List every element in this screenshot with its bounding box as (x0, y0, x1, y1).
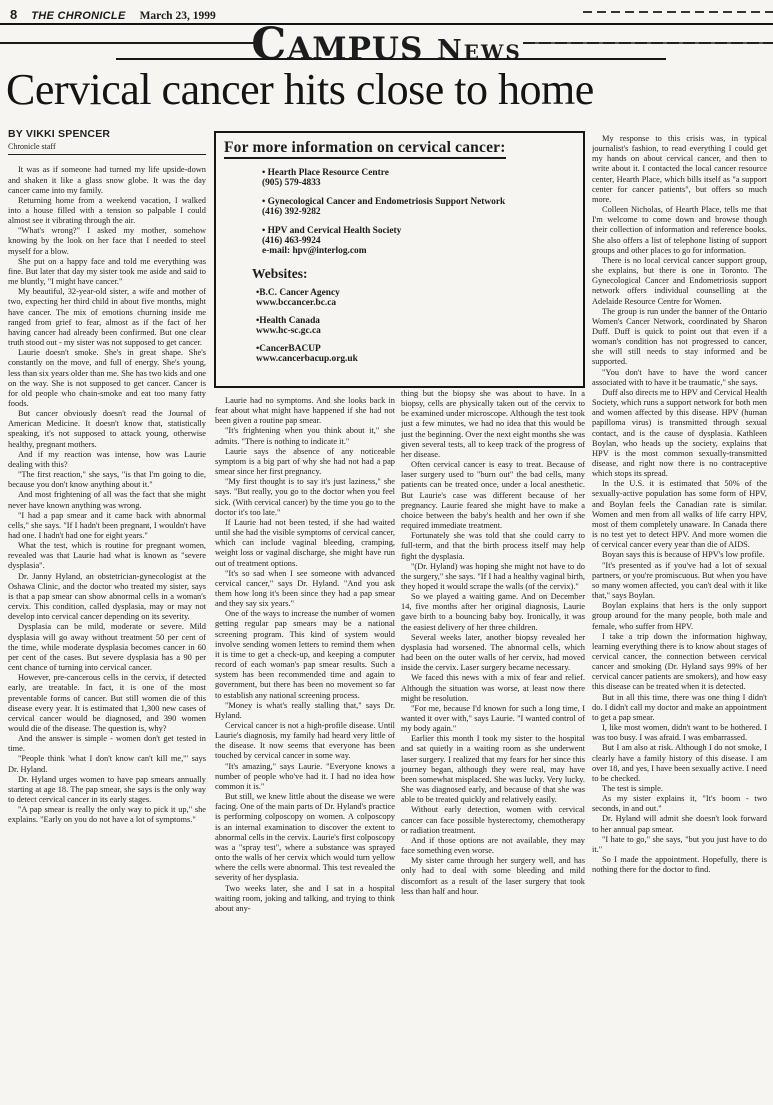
section-masthead: CAMPUS NEWS (0, 25, 773, 61)
paragraph: Cervical cancer is not a high-profile di… (215, 721, 395, 762)
paragraph: Laurie says the absence of any noticeabl… (215, 447, 395, 477)
contact-email: e-mail: hpv@interlog.com (262, 246, 575, 256)
paragraph: We faced this news with a mix of fear an… (401, 673, 585, 703)
column-1-text: It was as if someone had turned my life … (8, 165, 206, 825)
contact-phone: (905) 579-4833 (262, 178, 575, 188)
newspaper-page: 8 THE CHRONICLE March 23, 1999 CAMPUS NE… (0, 0, 773, 1105)
byline-role: Chronicle staff (8, 141, 206, 156)
paragraph: Dr. Hyland will admit she doesn't look f… (592, 814, 767, 834)
paragraph: So we played a waiting game. And on Dece… (401, 592, 585, 633)
paragraph: But in all this time, there was one thin… (592, 693, 767, 723)
paragraph: What the test, which is routine for preg… (8, 541, 206, 571)
paragraph: "Money is what's really stalling that," … (215, 701, 395, 721)
website-item: •B.C. Cancer Agency www.bccancer.bc.ca (256, 288, 575, 308)
website-name: •Health Canada (256, 316, 575, 326)
info-box-websites: •B.C. Cancer Agency www.bccancer.bc.ca •… (224, 288, 575, 364)
paragraph: Duff also directs me to HPV and Cervical… (592, 388, 767, 479)
paragraph: But I am also at risk. Although I do not… (592, 743, 767, 784)
paragraph: Laurie doesn't smoke. She's in great sha… (8, 348, 206, 409)
paragraph: "It's presented as if you've had a lot o… (592, 561, 767, 602)
section-title-news: NEWS (437, 35, 522, 66)
paragraph: Dysplasia can be mild, moderate or sever… (8, 622, 206, 673)
paragraph: So I made the appointment. Hopefully, th… (592, 855, 767, 875)
paragraph: But still, we knew little about the dise… (215, 792, 395, 883)
paragraph: In the U.S. it is estimated that 50% of … (592, 479, 767, 550)
column-3-text: thing but the biopsy she was about to ha… (401, 389, 585, 897)
paragraph: I, like most women, didn't want to be bo… (592, 723, 767, 743)
byline: BY VIKKI SPENCER Chronicle staff (8, 128, 206, 155)
contact-item: • Hearth Place Resource Centre (905) 579… (262, 168, 575, 188)
paragraph: My sister came through her surgery well,… (401, 856, 585, 897)
contact-name: • Gynecological Cancer and Endometriosis… (262, 197, 575, 207)
website-name: •B.C. Cancer Agency (256, 288, 575, 298)
paragraph: "(Dr. Hyland) was hoping she might not h… (401, 562, 585, 592)
paragraph: If Laurie had not been tested, if she ha… (215, 518, 395, 569)
paragraph: Boylan explains that hers is the only su… (592, 601, 767, 631)
paragraph: Several weeks later, another biopsy reve… (401, 633, 585, 674)
paragraph: "You don't have to have the word cancer … (592, 368, 767, 388)
paragraph: It was as if someone had turned my life … (8, 165, 206, 195)
paragraph: "A pap smear is really the only way to p… (8, 805, 206, 825)
paragraph: Without early detection, women with cerv… (401, 805, 585, 835)
info-box-contacts: • Hearth Place Resource Centre (905) 579… (224, 168, 575, 256)
contact-phone: (416) 463-9924 (262, 236, 575, 246)
article-column-4: My response to this crisis was, in typic… (592, 134, 767, 1100)
website-name: •CancerBACUP (256, 344, 575, 354)
website-url: www.hc-sc.gc.ca (256, 326, 575, 336)
paragraph: "It's frightening when you think about i… (215, 426, 395, 446)
section-title-campus: CAMPUS (251, 19, 423, 70)
paragraph: I take a trip down the information highw… (592, 632, 767, 693)
paragraph: thing but the biopsy she was about to ha… (401, 389, 585, 460)
paragraph: "It's amazing," says Laurie. "Everyone k… (215, 762, 395, 792)
paragraph: "For me, because I'd known for such a lo… (401, 704, 585, 734)
column-2-text: Laurie had no symptoms. And she looks ba… (215, 396, 395, 914)
byline-author: BY VIKKI SPENCER (8, 128, 206, 141)
paragraph: Often cervical cancer is easy to treat. … (401, 460, 585, 531)
paragraph: My response to this crisis was, in typic… (592, 134, 767, 205)
paragraph: "I had a pap smear and it came back with… (8, 511, 206, 541)
paragraph: And if those options are not available, … (401, 836, 585, 856)
info-box-title-text: For more information on cervical cancer: (224, 139, 506, 159)
website-item: •Health Canada www.hc-sc.gc.ca (256, 316, 575, 336)
contact-phone: (416) 392-9282 (262, 207, 575, 217)
paragraph: "The first reaction," she says, "is that… (8, 470, 206, 490)
paragraph: As my sister explains it, "It's boom - t… (592, 794, 767, 814)
paragraph: She put on a happy face and told me ever… (8, 257, 206, 287)
website-url: www.bccancer.bc.ca (256, 298, 575, 308)
paragraph: "People think 'what I don't know can't k… (8, 754, 206, 774)
paragraph: Two weeks later, she and I sat in a hosp… (215, 884, 395, 914)
website-item: •CancerBACUP www.cancerbacup.org.uk (256, 344, 575, 364)
paragraph: There is no local cervical cancer suppor… (592, 256, 767, 307)
article-headline: Cervical cancer hits close to home (6, 66, 769, 114)
paragraph: Fortunately she was told that she could … (401, 531, 585, 561)
paragraph: Dr. Janny Hyland, an obstetrician-gyneco… (8, 572, 206, 623)
article-column-3: thing but the biopsy she was about to ha… (401, 389, 585, 1101)
section-title: CAMPUS NEWS (0, 19, 773, 70)
paragraph: One of the ways to increase the number o… (215, 609, 395, 700)
paragraph: "It's so sad when I see someone with adv… (215, 569, 395, 610)
paragraph: Dr. Hyland urges women to have pap smear… (8, 775, 206, 805)
website-url: www.cancerbacup.org.uk (256, 354, 575, 364)
paragraph: Returning home from a weekend vacation, … (8, 196, 206, 226)
paragraph: "My first thought is to say it's just la… (215, 477, 395, 518)
paragraph: Colleen Nicholas, of Hearth Place, tells… (592, 205, 767, 256)
contact-item: • Gynecological Cancer and Endometriosis… (262, 197, 575, 217)
paragraph: And if my reaction was intense, how was … (8, 450, 206, 470)
article-column-2: Laurie had no symptoms. And she looks ba… (215, 396, 395, 1100)
paragraph: The test is simple. (592, 784, 767, 794)
contact-item: • HPV and Cervical Health Society (416) … (262, 226, 575, 256)
paragraph: My beautiful, 32-year-old sister, a wife… (8, 287, 206, 348)
websites-heading: Websites: (252, 266, 575, 282)
column-4-text: My response to this crisis was, in typic… (592, 134, 767, 875)
contact-name: • Hearth Place Resource Centre (262, 168, 575, 178)
paragraph: But cancer obviously doesn't read the Jo… (8, 409, 206, 450)
paragraph: Boyan says this is because of HPV's low … (592, 550, 767, 560)
article-column-1: BY VIKKI SPENCER Chronicle staff It was … (8, 128, 206, 1100)
paragraph: And the answer is simple - women don't g… (8, 734, 206, 754)
paragraph: Laurie had no symptoms. And she looks ba… (215, 396, 395, 426)
paragraph: "I hate to go," she says, "but you just … (592, 835, 767, 855)
contact-name: • HPV and Cervical Health Society (262, 226, 575, 236)
paragraph: The group is run under the banner of the… (592, 307, 767, 368)
paragraph: However, pre-cancerous cells in the cerv… (8, 673, 206, 734)
paragraph: Earlier this month I took my sister to t… (401, 734, 585, 805)
masthead-underline (116, 58, 666, 60)
paragraph: And most frightening of all was the fact… (8, 490, 206, 510)
paragraph: "What's wrong?" I asked my mother, someh… (8, 226, 206, 256)
info-box: For more information on cervical cancer:… (214, 131, 585, 388)
info-box-title: For more information on cervical cancer: (224, 139, 575, 157)
